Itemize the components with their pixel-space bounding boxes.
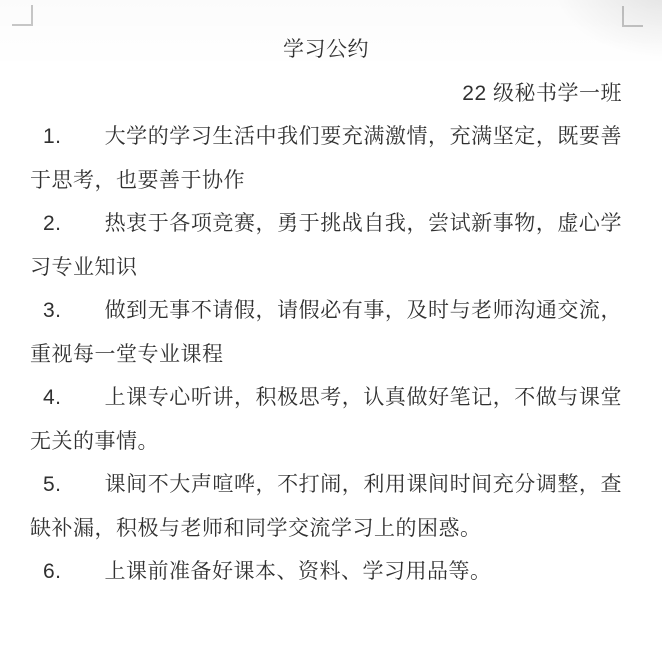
rule-text-1: 大学的学习生活中我们要充满激情，充满坚定，既要善于思考，也要善于协作 <box>30 125 622 192</box>
rule-text-6: 上课前准备好课本、资料、学习用品等。 <box>105 560 492 583</box>
tab-spacer <box>62 577 105 578</box>
rule-item-3: 3.做到无事不请假，请假必有事，及时与老师沟通交流，重视每一堂专业课程 <box>30 289 622 376</box>
tab-spacer <box>62 229 105 230</box>
rule-number-6: 6. <box>43 560 62 583</box>
tab-spacer <box>62 142 105 143</box>
document-title: 学习公约 <box>30 28 622 72</box>
rule-number-1: 1. <box>43 125 62 148</box>
document-page: 学习公约 22 级秘书学一班 1.大学的学习生活中我们要充满激情，充满坚定，既要… <box>0 0 662 672</box>
rule-number-2: 2. <box>43 212 62 235</box>
rule-text-5: 课间不大声喧哗，不打闹，利用课间时间充分调整，查缺补漏，积极与老师和同学交流学习… <box>30 473 622 540</box>
rule-item-6: 6.上课前准备好课本、资料、学习用品等。 <box>30 550 622 594</box>
rule-number-3: 3. <box>43 299 62 322</box>
tab-spacer <box>62 316 105 317</box>
rule-text-4: 上课专心听讲，积极思考，认真做好笔记，不做与课堂无关的事情。 <box>30 386 622 453</box>
document-content: 学习公约 22 级秘书学一班 1.大学的学习生活中我们要充满激情，充满坚定，既要… <box>30 28 622 594</box>
tab-spacer <box>62 403 105 404</box>
rule-item-2: 2.热衷于各项竞赛，勇于挑战自我，尝试新事物，虚心学习专业知识 <box>30 202 622 289</box>
text-boundary-mark-top-right <box>622 6 643 27</box>
rule-item-1: 1.大学的学习生活中我们要充满激情，充满坚定，既要善于思考，也要善于协作 <box>30 115 622 202</box>
text-boundary-mark-top-left <box>12 5 33 26</box>
rule-number-4: 4. <box>43 386 62 409</box>
rule-number-5: 5. <box>43 473 62 496</box>
tab-spacer <box>62 490 105 491</box>
rule-text-3: 做到无事不请假，请假必有事，及时与老师沟通交流，重视每一堂专业课程 <box>30 299 622 366</box>
rule-item-5: 5.课间不大声喧哗，不打闹，利用课间时间充分调整，查缺补漏，积极与老师和同学交流… <box>30 463 622 550</box>
byline-class-name: 22 级秘书学一班 <box>30 72 622 116</box>
rule-text-2: 热衷于各项竞赛，勇于挑战自我，尝试新事物，虚心学习专业知识 <box>30 212 622 279</box>
rule-item-4: 4.上课专心听讲，积极思考，认真做好笔记，不做与课堂无关的事情。 <box>30 376 622 463</box>
